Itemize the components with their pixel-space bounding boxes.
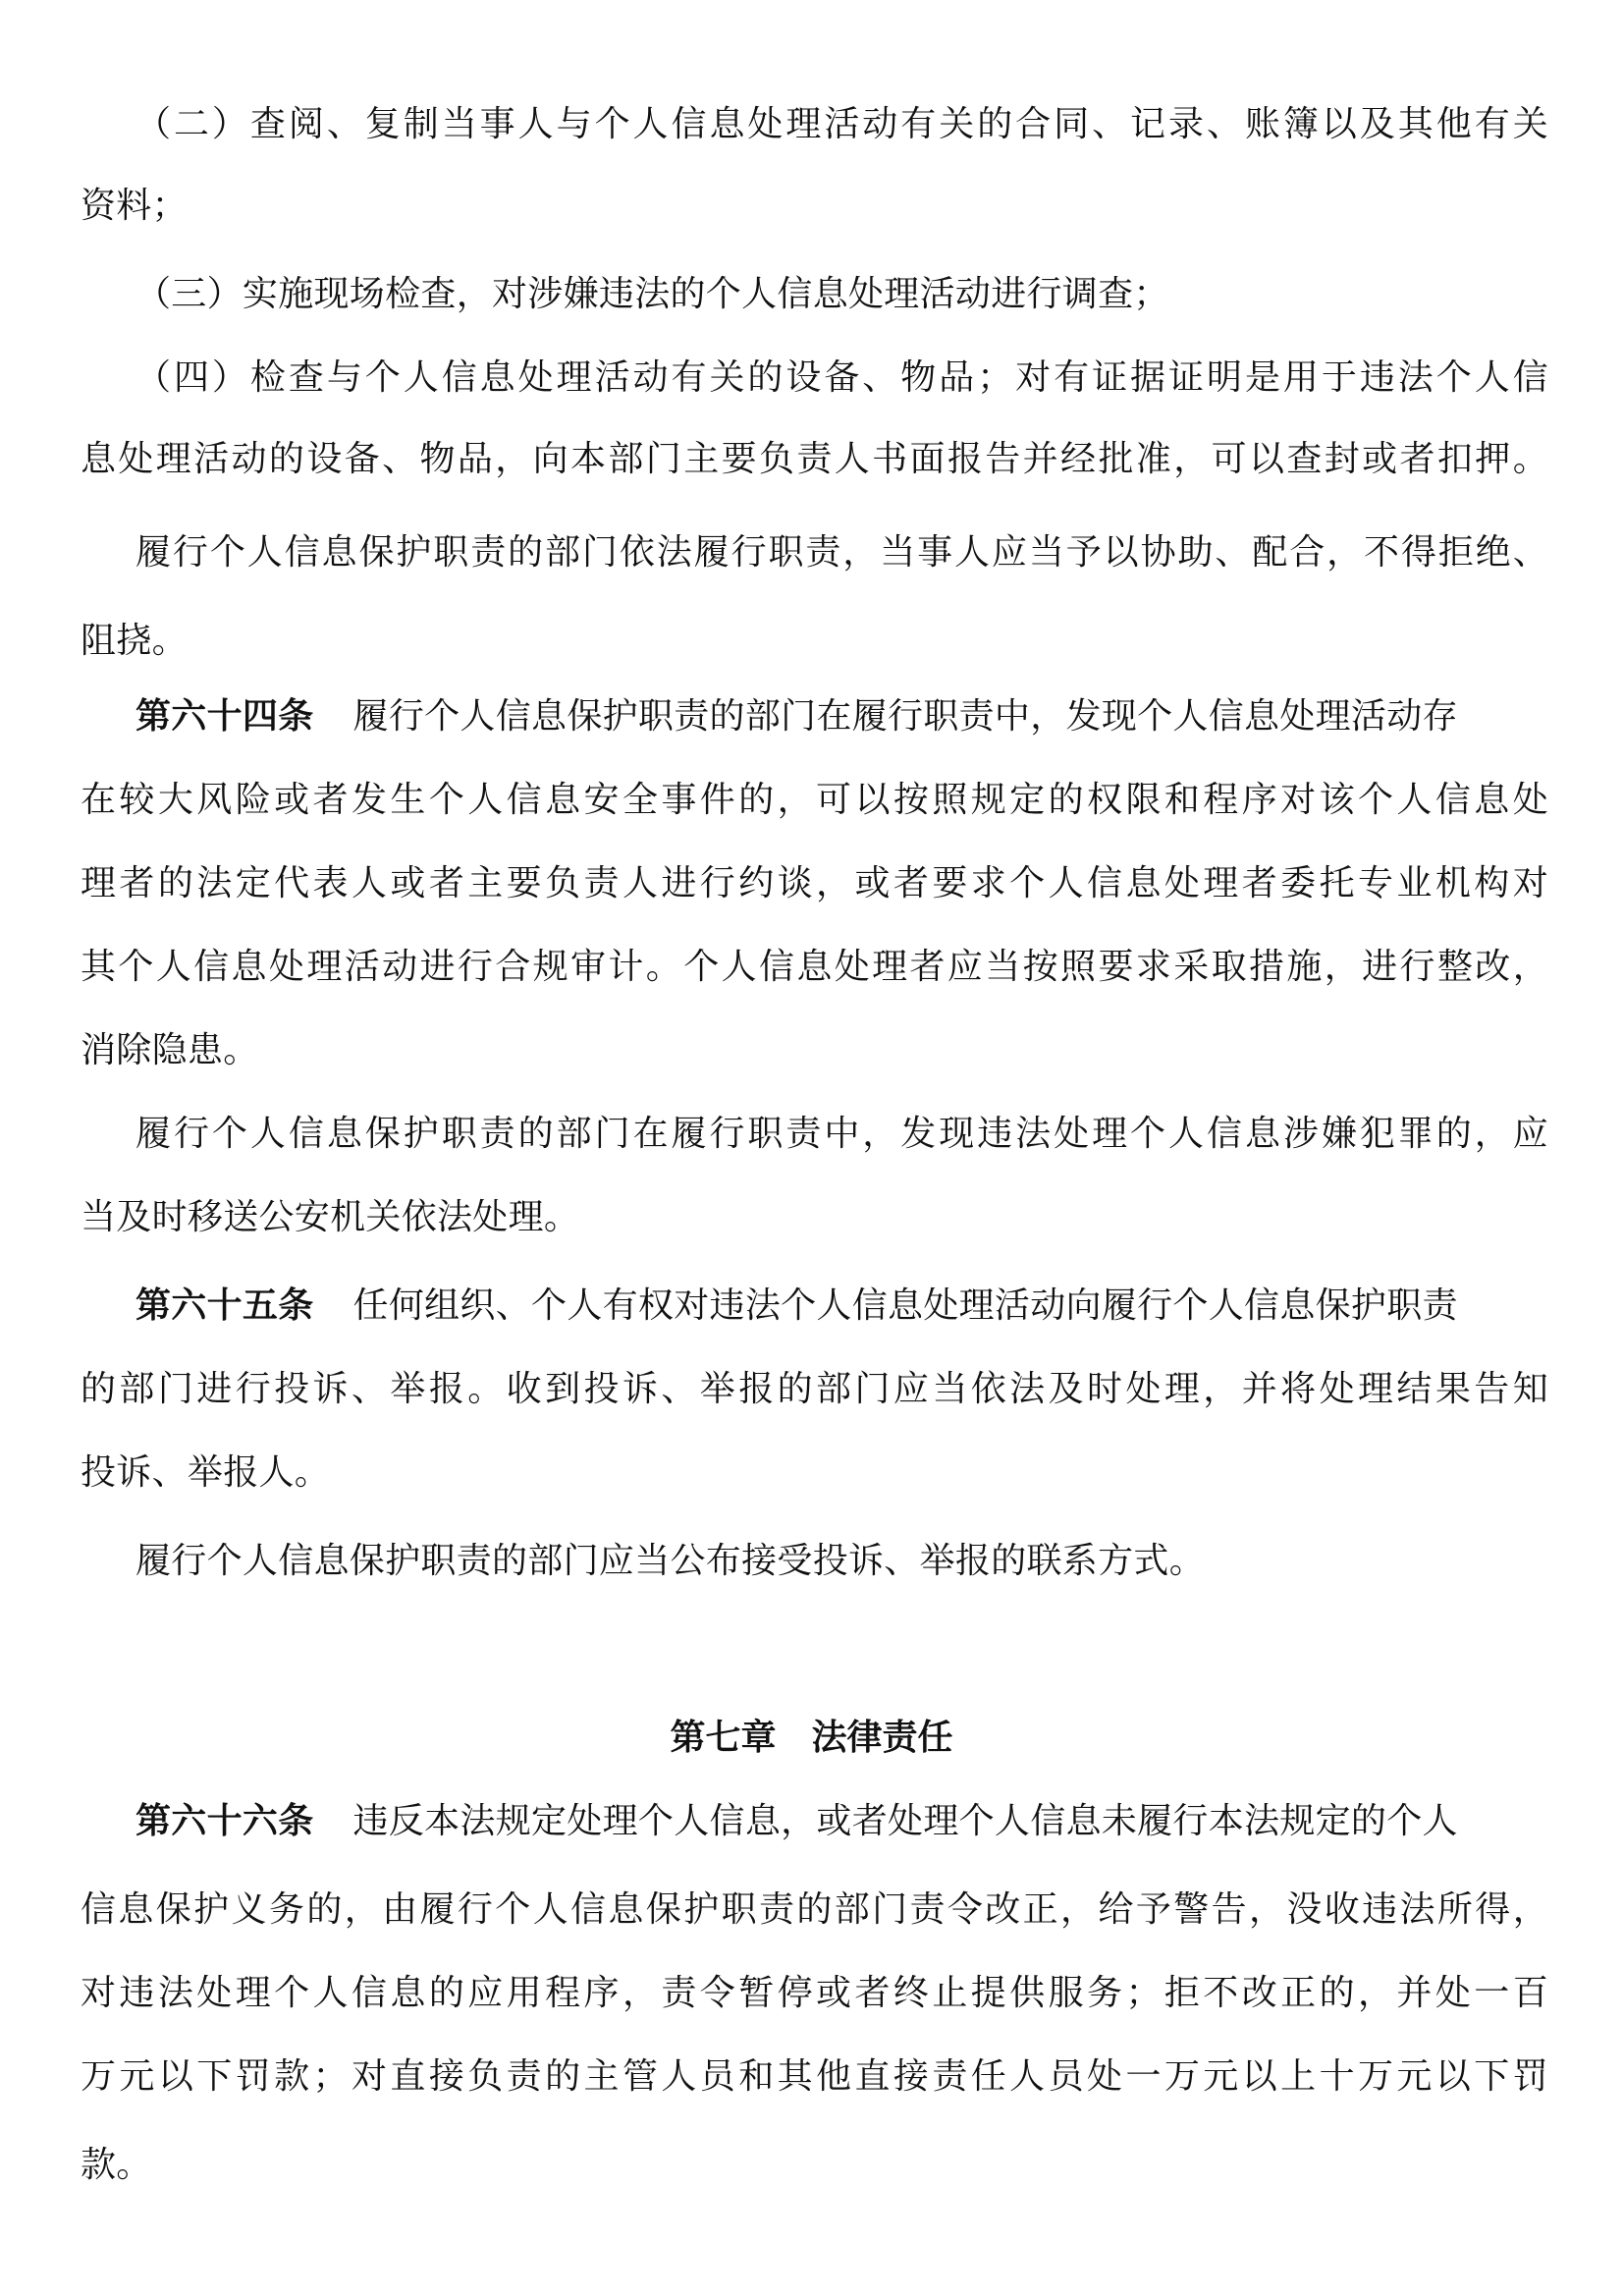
- article-64-para2-cont: 当及时移送公安机关依法处理。: [81, 1196, 1548, 1239]
- article-66-text: 违反本法规定处理个人信息，或者处理个人信息未履行本法规定的个人: [353, 1801, 1458, 1841]
- article-66-line: 对违法处理个人信息的应用程序，责令暂停或者终止提供服务；拒不改正的，并处一百: [81, 1972, 1548, 2015]
- article-64-label: 第六十四条: [135, 696, 314, 737]
- article-66-line: 信息保护义务的，由履行个人信息保护职责的部门责令改正，给予警告，没收违法所得，: [81, 1888, 1548, 1932]
- paragraph-item-4-cont: 息处理活动的设备、物品，向本部门主要负责人书面报告并经批准，可以查封或者扣押。: [81, 438, 1548, 481]
- article-66-line: 万元以下罚款；对直接负责的主管人员和其他直接责任人员处一万元以上十万元以下罚: [81, 2055, 1548, 2099]
- paragraph-cooperation: 履行个人信息保护职责的部门依法履行职责，当事人应当予以协助、配合，不得拒绝、: [135, 531, 1548, 574]
- article-64-text: 履行个人信息保护职责的部门在履行职责中，发现个人信息处理活动存: [353, 696, 1458, 737]
- article-66-line: 款。: [81, 2144, 1548, 2187]
- article-64-line: 在较大风险或者发生个人信息安全事件的，可以按照规定的权限和程序对该个人信息处: [81, 779, 1548, 822]
- article-66-label: 第六十六条: [135, 1801, 314, 1841]
- paragraph-item-2-cont: 资料；: [81, 185, 1548, 228]
- article-64-line: 消除隐患。: [81, 1029, 1548, 1072]
- article-65-first-line: 第六十五条任何组织、个人有权对违法个人信息处理活动向履行个人信息保护职责: [135, 1285, 1548, 1328]
- chapter-title: 第七章 法律责任: [0, 1717, 1623, 1760]
- article-64-line: 理者的法定代表人或者主要负责人进行约谈，或者要求个人信息处理者委托专业机构对: [81, 862, 1548, 905]
- article-66-first-line: 第六十六条违反本法规定处理个人信息，或者处理个人信息未履行本法规定的个人: [135, 1800, 1548, 1843]
- article-64-first-line: 第六十四条履行个人信息保护职责的部门在履行职责中，发现个人信息处理活动存: [135, 695, 1548, 738]
- paragraph-item-2: （二）查阅、复制当事人与个人信息处理活动有关的合同、记录、账簿以及其他有关: [135, 103, 1548, 146]
- article-65-text: 任何组织、个人有权对违法个人信息处理活动向履行个人信息保护职责: [353, 1285, 1458, 1326]
- article-64-para2: 履行个人信息保护职责的部门在履行职责中，发现违法处理个人信息涉嫌犯罪的，应: [135, 1113, 1548, 1156]
- article-65-line: 的部门进行投诉、举报。收到投诉、举报的部门应当依法及时处理，并将处理结果告知: [81, 1368, 1548, 1411]
- document-page: （二）查阅、复制当事人与个人信息处理活动有关的合同、记录、账簿以及其他有关 资料…: [0, 0, 1623, 2296]
- article-65-label: 第六十五条: [135, 1285, 314, 1326]
- paragraph-item-4: （四）检查与个人信息处理活动有关的设备、物品；对有证据证明是用于违法个人信: [135, 356, 1548, 400]
- paragraph-cooperation-cont: 阻挠。: [81, 620, 1548, 663]
- paragraph-item-3: （三）实施现场检查，对涉嫌违法的个人信息处理活动进行调查；: [135, 273, 1548, 316]
- article-65-line: 投诉、举报人。: [81, 1451, 1548, 1495]
- article-64-line: 其个人信息处理活动进行合规审计。个人信息处理者应当按照要求采取措施，进行整改，: [81, 946, 1548, 989]
- article-65-para2: 履行个人信息保护职责的部门应当公布接受投诉、举报的联系方式。: [135, 1540, 1548, 1583]
